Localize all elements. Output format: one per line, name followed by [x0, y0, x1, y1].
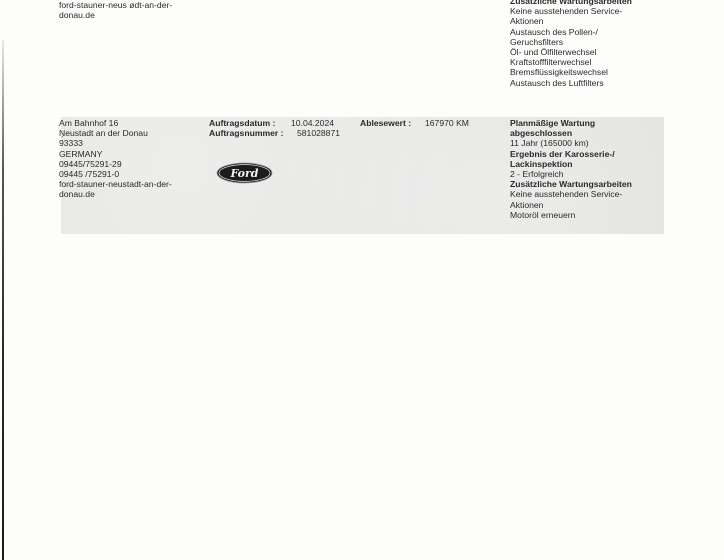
dealer-phone: 09445/75291-29	[59, 159, 172, 169]
work-item: Austausch des Pollen-/	[510, 27, 632, 37]
svg-text:Ford: Ford	[229, 167, 258, 180]
order-number-value: 581028871	[291, 128, 340, 138]
odometer-label: Ablesewert :	[360, 118, 425, 128]
work-heading: Planmäßige Wartung	[510, 118, 632, 128]
dealer-phone-alt: 09445 /75291-0	[59, 169, 172, 179]
work-item: Bremsflüssigkeitswechsel	[510, 67, 632, 77]
order-info: Auftragsdatum : 10.04.2024 Auftragsnumme…	[209, 118, 340, 138]
work-item: Keine ausstehenden Service-	[510, 189, 632, 199]
dealer-postcode: 93333	[59, 138, 172, 148]
work-item: 11 Jahr (165000 km)	[510, 138, 632, 148]
work-item: Aktionen	[510, 200, 632, 210]
order-date-label: Auftragsdatum :	[209, 118, 291, 128]
odometer-reading: Ablesewert : 167970 KM	[360, 118, 469, 128]
page-edge-shadow	[2, 40, 4, 560]
previous-work-list: Zusätzliche WartungsarbeitenKeine ausste…	[510, 0, 632, 88]
dealer-website-cont: donau.de	[59, 189, 172, 199]
work-item: 2 - Erfolgreich	[510, 169, 632, 179]
odometer-value: 167970 KM	[425, 118, 469, 128]
ford-logo-icon: Ford	[216, 162, 273, 184]
previous-dealer-contact: ford-stauner-neus ødt-an-der- donau.de	[59, 0, 172, 20]
work-item: Keine ausstehenden Service-	[510, 6, 632, 16]
dealer-website: ford-stauner-neustadt-an-der-	[59, 179, 172, 189]
work-item: Geruchsfilters	[510, 37, 632, 47]
order-number-label: Auftragsnummer :	[209, 128, 291, 138]
work-item: Motoröl erneuern	[510, 210, 632, 220]
work-heading: abgeschlossen	[510, 128, 632, 138]
dealer-contact: Am Bahnhof 16 Ņeustadt an der Donau 933…	[59, 118, 172, 200]
work-item: Kraftstofffilterwechsel	[510, 57, 632, 67]
contact-line: ford-stauner-neus ødt-an-der-	[59, 0, 172, 10]
contact-line: donau.de	[59, 10, 172, 20]
dealer-country: GERMANY	[59, 149, 172, 159]
work-item: Aktionen	[510, 16, 632, 26]
dealer-city: Ņeustadt an der Donau	[59, 128, 172, 138]
work-heading: Lackinspektion	[510, 159, 632, 169]
work-performed-list: Planmäßige Wartungabgeschlossen11 Jahr (…	[510, 118, 632, 220]
work-heading: Ergebnis der Karosserie-/	[510, 149, 632, 159]
work-item: Austausch des Luftfilters	[510, 78, 632, 88]
work-item: Öl- und Ölfilterwechsel	[510, 47, 632, 57]
dealer-street: Am Bahnhof 16	[59, 118, 172, 128]
order-date-value: 10.04.2024	[291, 118, 334, 128]
work-heading: Zusätzliche Wartungsarbeiten	[510, 179, 632, 189]
